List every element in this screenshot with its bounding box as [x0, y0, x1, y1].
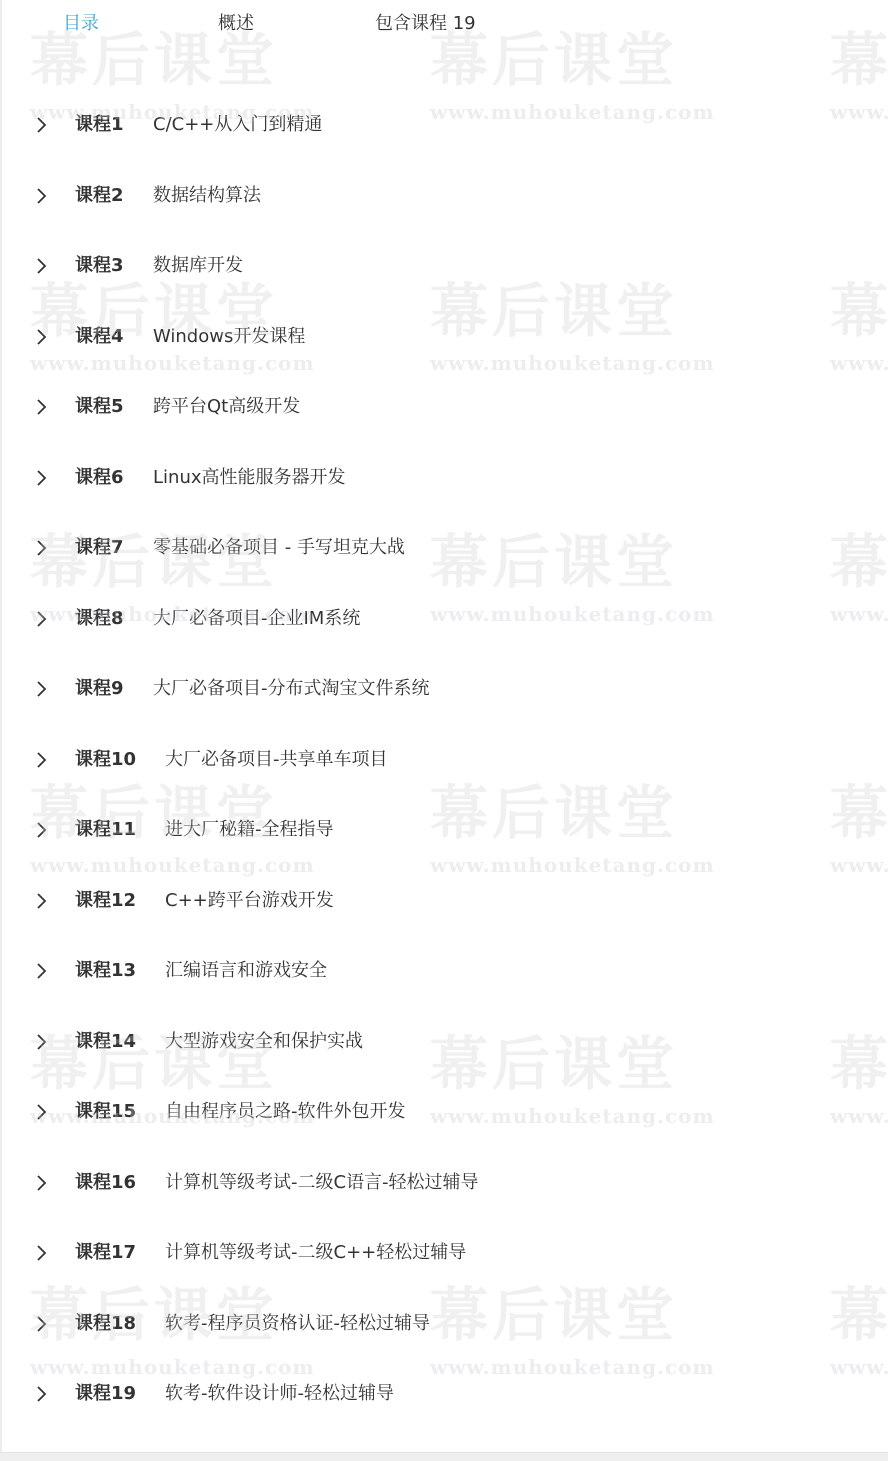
chevron-right-icon: [34, 328, 50, 346]
chevron-right-icon: [34, 610, 50, 628]
course-title: 零基础必备项目 - 手写坦克大战: [153, 536, 405, 560]
chevron-right-icon: [34, 1244, 50, 1262]
course-title: 大厂必备项目-共享单车项目: [165, 748, 388, 772]
chevron-right-icon: [34, 821, 50, 839]
course-row[interactable]: 课程1 C/C++从入门到精通: [2, 90, 888, 161]
chevron-right-icon: [34, 1385, 50, 1403]
chevron-right-icon: [34, 1033, 50, 1051]
course-title: C++跨平台游戏开发: [165, 889, 334, 913]
course-number: 课程9: [75, 677, 124, 701]
course-number: 课程2: [75, 184, 124, 208]
course-row[interactable]: 课程11 进大厂秘籍-全程指导: [2, 795, 888, 866]
course-row[interactable]: 课程7 零基础必备项目 - 手写坦克大战: [2, 513, 888, 584]
course-number: 课程4: [75, 325, 124, 349]
chevron-right-icon: [34, 469, 50, 487]
course-row[interactable]: 课程2 数据结构算法: [2, 161, 888, 232]
course-row[interactable]: 课程17 计算机等级考试-二级C++轻松过辅导: [2, 1218, 888, 1289]
footer-strip: [0, 1452, 888, 1461]
course-title: 自由程序员之路-软件外包开发: [165, 1100, 406, 1124]
course-row[interactable]: 课程9 大厂必备项目-分布式淘宝文件系统: [2, 654, 888, 725]
tab-catalog[interactable]: 目录: [63, 12, 99, 36]
course-row[interactable]: 课程4 Windows开发课程: [2, 302, 888, 373]
course-title: 汇编语言和游戏安全: [165, 959, 327, 983]
course-number: 课程14: [75, 1030, 136, 1054]
course-title: 大型游戏安全和保护实战: [165, 1030, 363, 1054]
course-row[interactable]: 课程18 软考-程序员资格认证-轻松过辅导: [2, 1289, 888, 1360]
course-row[interactable]: 课程3 数据库开发: [2, 231, 888, 302]
course-title: 计算机等级考试-二级C++轻松过辅导: [165, 1241, 466, 1265]
chevron-right-icon: [34, 398, 50, 416]
course-number: 课程15: [75, 1100, 136, 1124]
course-row[interactable]: 课程6 Linux高性能服务器开发: [2, 443, 888, 514]
chevron-right-icon: [34, 187, 50, 205]
course-row[interactable]: 课程10 大厂必备项目-共享单车项目: [2, 725, 888, 796]
chevron-right-icon: [34, 1103, 50, 1121]
course-row[interactable]: 课程13 汇编语言和游戏安全: [2, 936, 888, 1007]
course-row[interactable]: 课程5 跨平台Qt高级开发: [2, 372, 888, 443]
course-number: 课程1: [75, 113, 124, 137]
chevron-right-icon: [34, 892, 50, 910]
course-number: 课程16: [75, 1171, 136, 1195]
course-title: 进大厂秘籍-全程指导: [165, 818, 334, 842]
course-number: 课程10: [75, 748, 136, 772]
chevron-right-icon: [34, 680, 50, 698]
course-title: 大厂必备项目-分布式淘宝文件系统: [153, 677, 430, 701]
course-number: 课程18: [75, 1312, 136, 1336]
course-number: 课程5: [75, 395, 124, 419]
tab-bar: 目录 概述 包含课程 19: [2, 0, 888, 50]
course-number: 课程17: [75, 1241, 136, 1265]
tab-included-courses[interactable]: 包含课程 19: [375, 12, 476, 36]
course-title: 大厂必备项目-企业IM系统: [153, 607, 360, 631]
course-title: Windows开发课程: [153, 325, 305, 349]
tab-overview[interactable]: 概述: [218, 12, 254, 36]
chevron-right-icon: [34, 116, 50, 134]
course-catalog-page: 目录 概述 包含课程 19 课程1 C/C++从入门到精通 课程2 数据结构算法…: [0, 0, 888, 1452]
course-title: 跨平台Qt高级开发: [153, 395, 300, 419]
course-row[interactable]: 课程12 C++跨平台游戏开发: [2, 866, 888, 937]
course-title: Linux高性能服务器开发: [153, 466, 346, 490]
course-title: C/C++从入门到精通: [153, 113, 322, 137]
course-number: 课程12: [75, 889, 136, 913]
course-row[interactable]: 课程16 计算机等级考试-二级C语言-轻松过辅导: [2, 1148, 888, 1219]
chevron-right-icon: [34, 1174, 50, 1192]
course-title: 软考-程序员资格认证-轻松过辅导: [165, 1312, 430, 1336]
course-title: 数据结构算法: [153, 184, 261, 208]
course-row[interactable]: 课程19 软考-软件设计师-轻松过辅导: [2, 1359, 888, 1430]
chevron-right-icon: [34, 751, 50, 769]
course-number: 课程8: [75, 607, 124, 631]
chevron-right-icon: [34, 539, 50, 557]
course-list: 课程1 C/C++从入门到精通 课程2 数据结构算法 课程3 数据库开发 课程4…: [2, 90, 888, 1430]
chevron-right-icon: [34, 257, 50, 275]
course-title: 软考-软件设计师-轻松过辅导: [165, 1382, 394, 1406]
course-number: 课程3: [75, 254, 124, 278]
course-row[interactable]: 课程15 自由程序员之路-软件外包开发: [2, 1077, 888, 1148]
chevron-right-icon: [34, 1315, 50, 1333]
course-row[interactable]: 课程8 大厂必备项目-企业IM系统: [2, 584, 888, 655]
chevron-right-icon: [34, 962, 50, 980]
course-number: 课程6: [75, 466, 124, 490]
course-title: 计算机等级考试-二级C语言-轻松过辅导: [165, 1171, 479, 1195]
course-number: 课程19: [75, 1382, 136, 1406]
course-number: 课程7: [75, 536, 124, 560]
course-number: 课程13: [75, 959, 136, 983]
course-title: 数据库开发: [153, 254, 243, 278]
course-row[interactable]: 课程14 大型游戏安全和保护实战: [2, 1007, 888, 1078]
course-number: 课程11: [75, 818, 136, 842]
